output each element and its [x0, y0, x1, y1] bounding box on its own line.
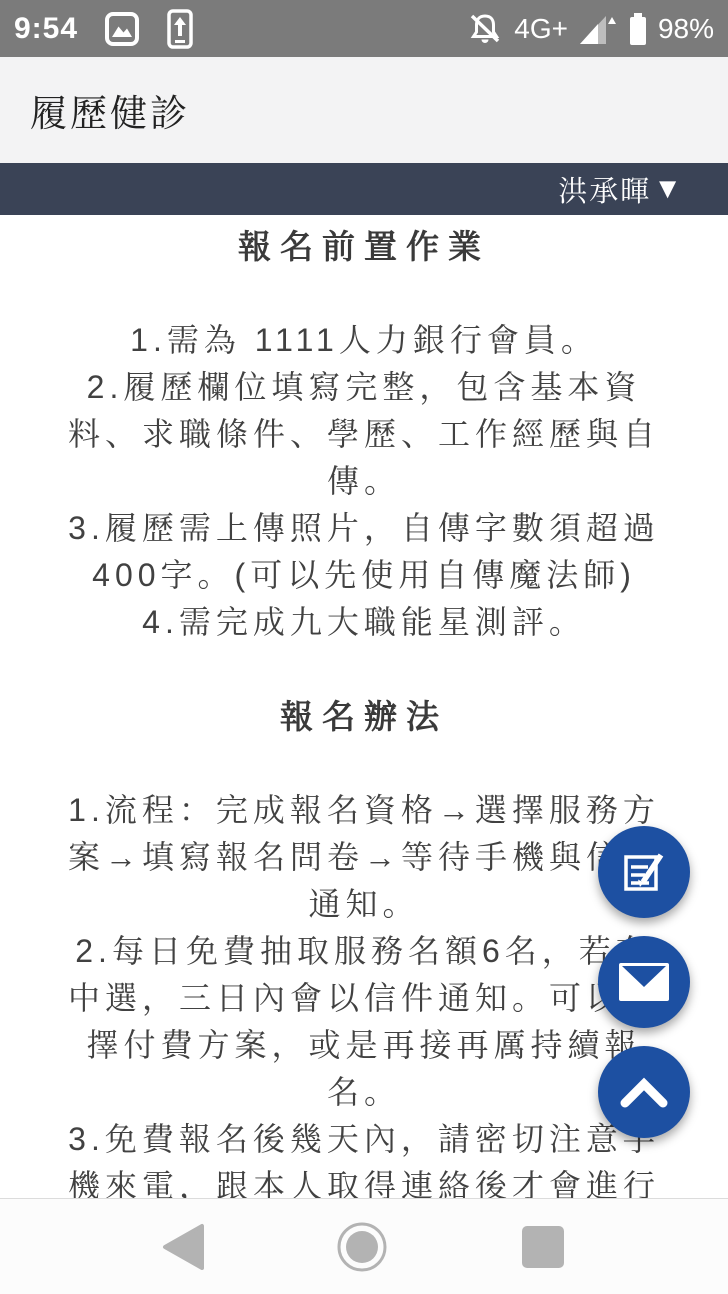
- compose-fab[interactable]: [598, 826, 690, 918]
- screenshot-icon: [166, 9, 194, 49]
- battery-percent: 98%: [658, 13, 714, 45]
- prerequisite-item: 3.履歷需上傳照片，自傳字數須超過 400字。(可以先使用自傳魔法師): [0, 505, 728, 599]
- back-triangle-icon: [162, 1223, 204, 1271]
- home-button[interactable]: [336, 1221, 388, 1273]
- scroll-top-fab[interactable]: [598, 1046, 690, 1138]
- home-circle-icon: [336, 1221, 388, 1273]
- status-bar: 9:54 4G+: [0, 0, 728, 57]
- recents-square-icon: [520, 1223, 566, 1271]
- back-button[interactable]: [162, 1223, 204, 1271]
- prerequisite-item: 2.履歷欄位填寫完整，包含基本資 料、求職條件、學歷、工作經歷與自 傳。: [0, 364, 728, 505]
- mail-fab[interactable]: [598, 936, 690, 1028]
- android-navigation-bar: [0, 1198, 728, 1294]
- compose-icon: [618, 846, 670, 898]
- network-type: 4G+: [514, 13, 568, 45]
- gallery-icon: [104, 11, 140, 47]
- section-heading-prerequisites: 報名前置作業: [0, 223, 728, 270]
- prerequisite-item: 1.需為 1111人力銀行會員。: [0, 317, 728, 364]
- user-name: 洪承暉: [558, 169, 651, 210]
- user-menu-dropdown[interactable]: 洪承暉▼: [558, 169, 684, 210]
- prerequisite-item: 4.需完成九大職能星測評。: [0, 599, 728, 646]
- user-bar: 洪承暉▼: [0, 163, 728, 215]
- status-bar-right: 4G+ 98%: [466, 10, 714, 48]
- page-title: 履歷健診: [30, 83, 190, 137]
- notifications-off-icon: [466, 10, 504, 48]
- app-header: 履歷健診: [0, 57, 728, 163]
- phone-screen: 9:54 4G+: [0, 0, 728, 1294]
- status-bar-left: 9:54: [14, 9, 194, 49]
- battery-icon: [628, 11, 648, 47]
- recents-button[interactable]: [520, 1223, 566, 1271]
- mail-icon: [619, 963, 669, 1001]
- signal-icon: [578, 12, 618, 46]
- clock: 9:54: [14, 12, 78, 46]
- chevron-up-icon: [618, 1076, 670, 1108]
- chevron-down-icon: ▼: [653, 173, 684, 206]
- section-heading-how-to-register: 報名辦法: [0, 693, 728, 740]
- fab-stack: [598, 826, 690, 1138]
